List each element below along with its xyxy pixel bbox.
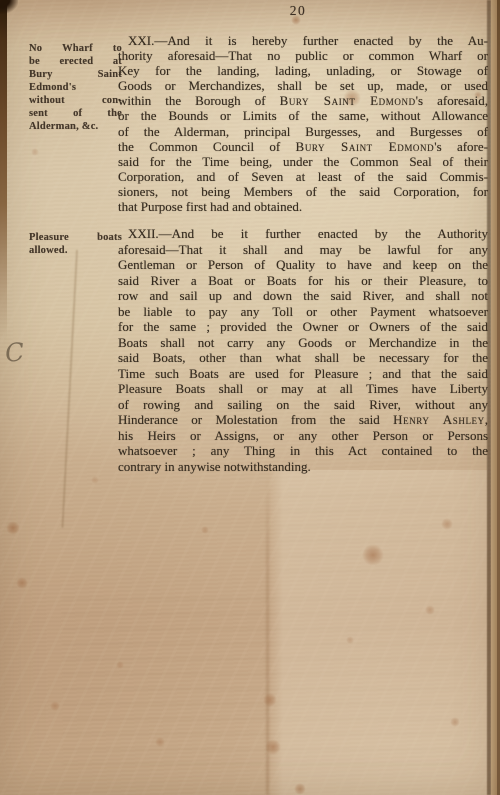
- print-line: said River a Boat or Boats for his or th…: [118, 273, 488, 289]
- print-line: aforesaid—That it shall and may be lawfu…: [118, 242, 488, 258]
- foxing-spot: [263, 693, 277, 707]
- foxing-spot: [294, 783, 306, 795]
- print-line: be erected at: [29, 55, 122, 68]
- small-caps-name: Bury Saint Edmond: [280, 93, 416, 108]
- print-line: Gentleman or Person of Quality to have a…: [118, 257, 488, 273]
- foxing-spot: [265, 739, 281, 755]
- print-line: Key for the landing, lading, unlading, o…: [118, 63, 488, 78]
- small-caps-name: Henry Ashley: [393, 412, 485, 427]
- print-line: allowed.: [29, 244, 122, 257]
- print-line: for the same ; provided the Owner or Own…: [118, 319, 488, 335]
- print-line: Pleasure boats: [29, 231, 122, 244]
- foxing-spot: [16, 577, 28, 589]
- print-line: his Heirs or Assigns, or any other Perso…: [118, 428, 488, 444]
- print-line: Goods or Merchandizes, shall be set up, …: [118, 78, 488, 93]
- print-line: be liable to pay any Toll or other Payme…: [118, 304, 488, 320]
- foxing-spot: [425, 605, 435, 615]
- print-line: Edmond's: [29, 81, 122, 94]
- print-line: without con-: [29, 94, 122, 107]
- margin-note-pleasure-boats: Pleasure boatsallowed.: [29, 231, 122, 257]
- print-line: Hinderance or Molestation from the said …: [118, 412, 488, 428]
- print-line: of rowing and sailing on the said River,…: [118, 397, 488, 413]
- print-line: XXII.—And be it further enacted by the A…: [118, 226, 488, 242]
- print-line: contrary in anywise notwithstanding.: [118, 459, 488, 475]
- section-xxii-text: XXII.—And be it further enacted by the A…: [118, 226, 488, 474]
- print-line: No Wharf to: [29, 42, 122, 55]
- print-line: Alderman, &c.: [29, 120, 122, 133]
- print-line: within the Borough of Bury Saint Edmond'…: [118, 93, 488, 108]
- foxing-spot: [31, 148, 39, 156]
- print-line: Bury Saint: [29, 68, 122, 81]
- foxing-spot: [450, 717, 460, 727]
- print-line: or the Bounds or Limits of the same, wit…: [118, 108, 488, 123]
- foxing-spot: [441, 518, 453, 530]
- print-line: the Common Council of Bury Saint Edmond'…: [118, 139, 488, 154]
- foxing-spot: [155, 737, 165, 747]
- print-line: said Boats, other than what shall be nec…: [118, 350, 488, 366]
- print-line: thority aforesaid—That no public or comm…: [118, 48, 488, 63]
- print-line: sent of the: [29, 107, 122, 120]
- print-line: of the Alderman, principal Burgesses, an…: [118, 124, 488, 139]
- foxing-spot: [6, 521, 20, 535]
- print-line: XXI.—And it is hereby further enacted by…: [118, 33, 488, 48]
- print-line: Time such Boats are used for Pleasure ; …: [118, 366, 488, 382]
- print-line: Pleasure Boats shall or may at all Times…: [118, 381, 488, 397]
- print-line: said for the Time being, under the Commo…: [118, 154, 488, 169]
- print-line: Boats shall not carry any Goods or Merch…: [118, 335, 488, 351]
- underlying-page-edge: [491, 0, 497, 795]
- margin-note-wharf: No Wharf tobe erected atBury SaintEdmond…: [29, 42, 122, 133]
- book-page-photo: 20 No Wharf tobe erected atBury SaintEdm…: [0, 0, 500, 795]
- print-line: Corporation, and of Seven at least of th…: [118, 169, 488, 184]
- foxing-spot: [201, 526, 209, 534]
- print-line: sioners, not being Members of the said C…: [118, 184, 488, 199]
- print-line: that Purpose first had and obtained.: [118, 199, 488, 214]
- print-line: row and sail up and down the said River,…: [118, 288, 488, 304]
- small-caps-name: Bury Saint Edmond: [296, 139, 435, 154]
- paper-fold-highlight: [269, 470, 487, 795]
- book-binding-left-edge: [0, 0, 7, 340]
- foxing-spot: [346, 636, 354, 644]
- foxing-spot: [362, 544, 384, 566]
- foxing-spot: [116, 661, 124, 669]
- handwritten-c-mark: C: [4, 337, 26, 368]
- verso-showthrough: [62, 598, 462, 773]
- book-corner-shadow: [0, 0, 18, 14]
- paper-crease: [61, 250, 78, 528]
- print-line: whatsoever ; any Thing in this Act conta…: [118, 443, 488, 459]
- section-xxi-text: XXI.—And it is hereby further enacted by…: [118, 33, 488, 214]
- foxing-spot: [50, 701, 60, 711]
- page-number: 20: [281, 3, 315, 19]
- foxing-spot: [91, 476, 99, 484]
